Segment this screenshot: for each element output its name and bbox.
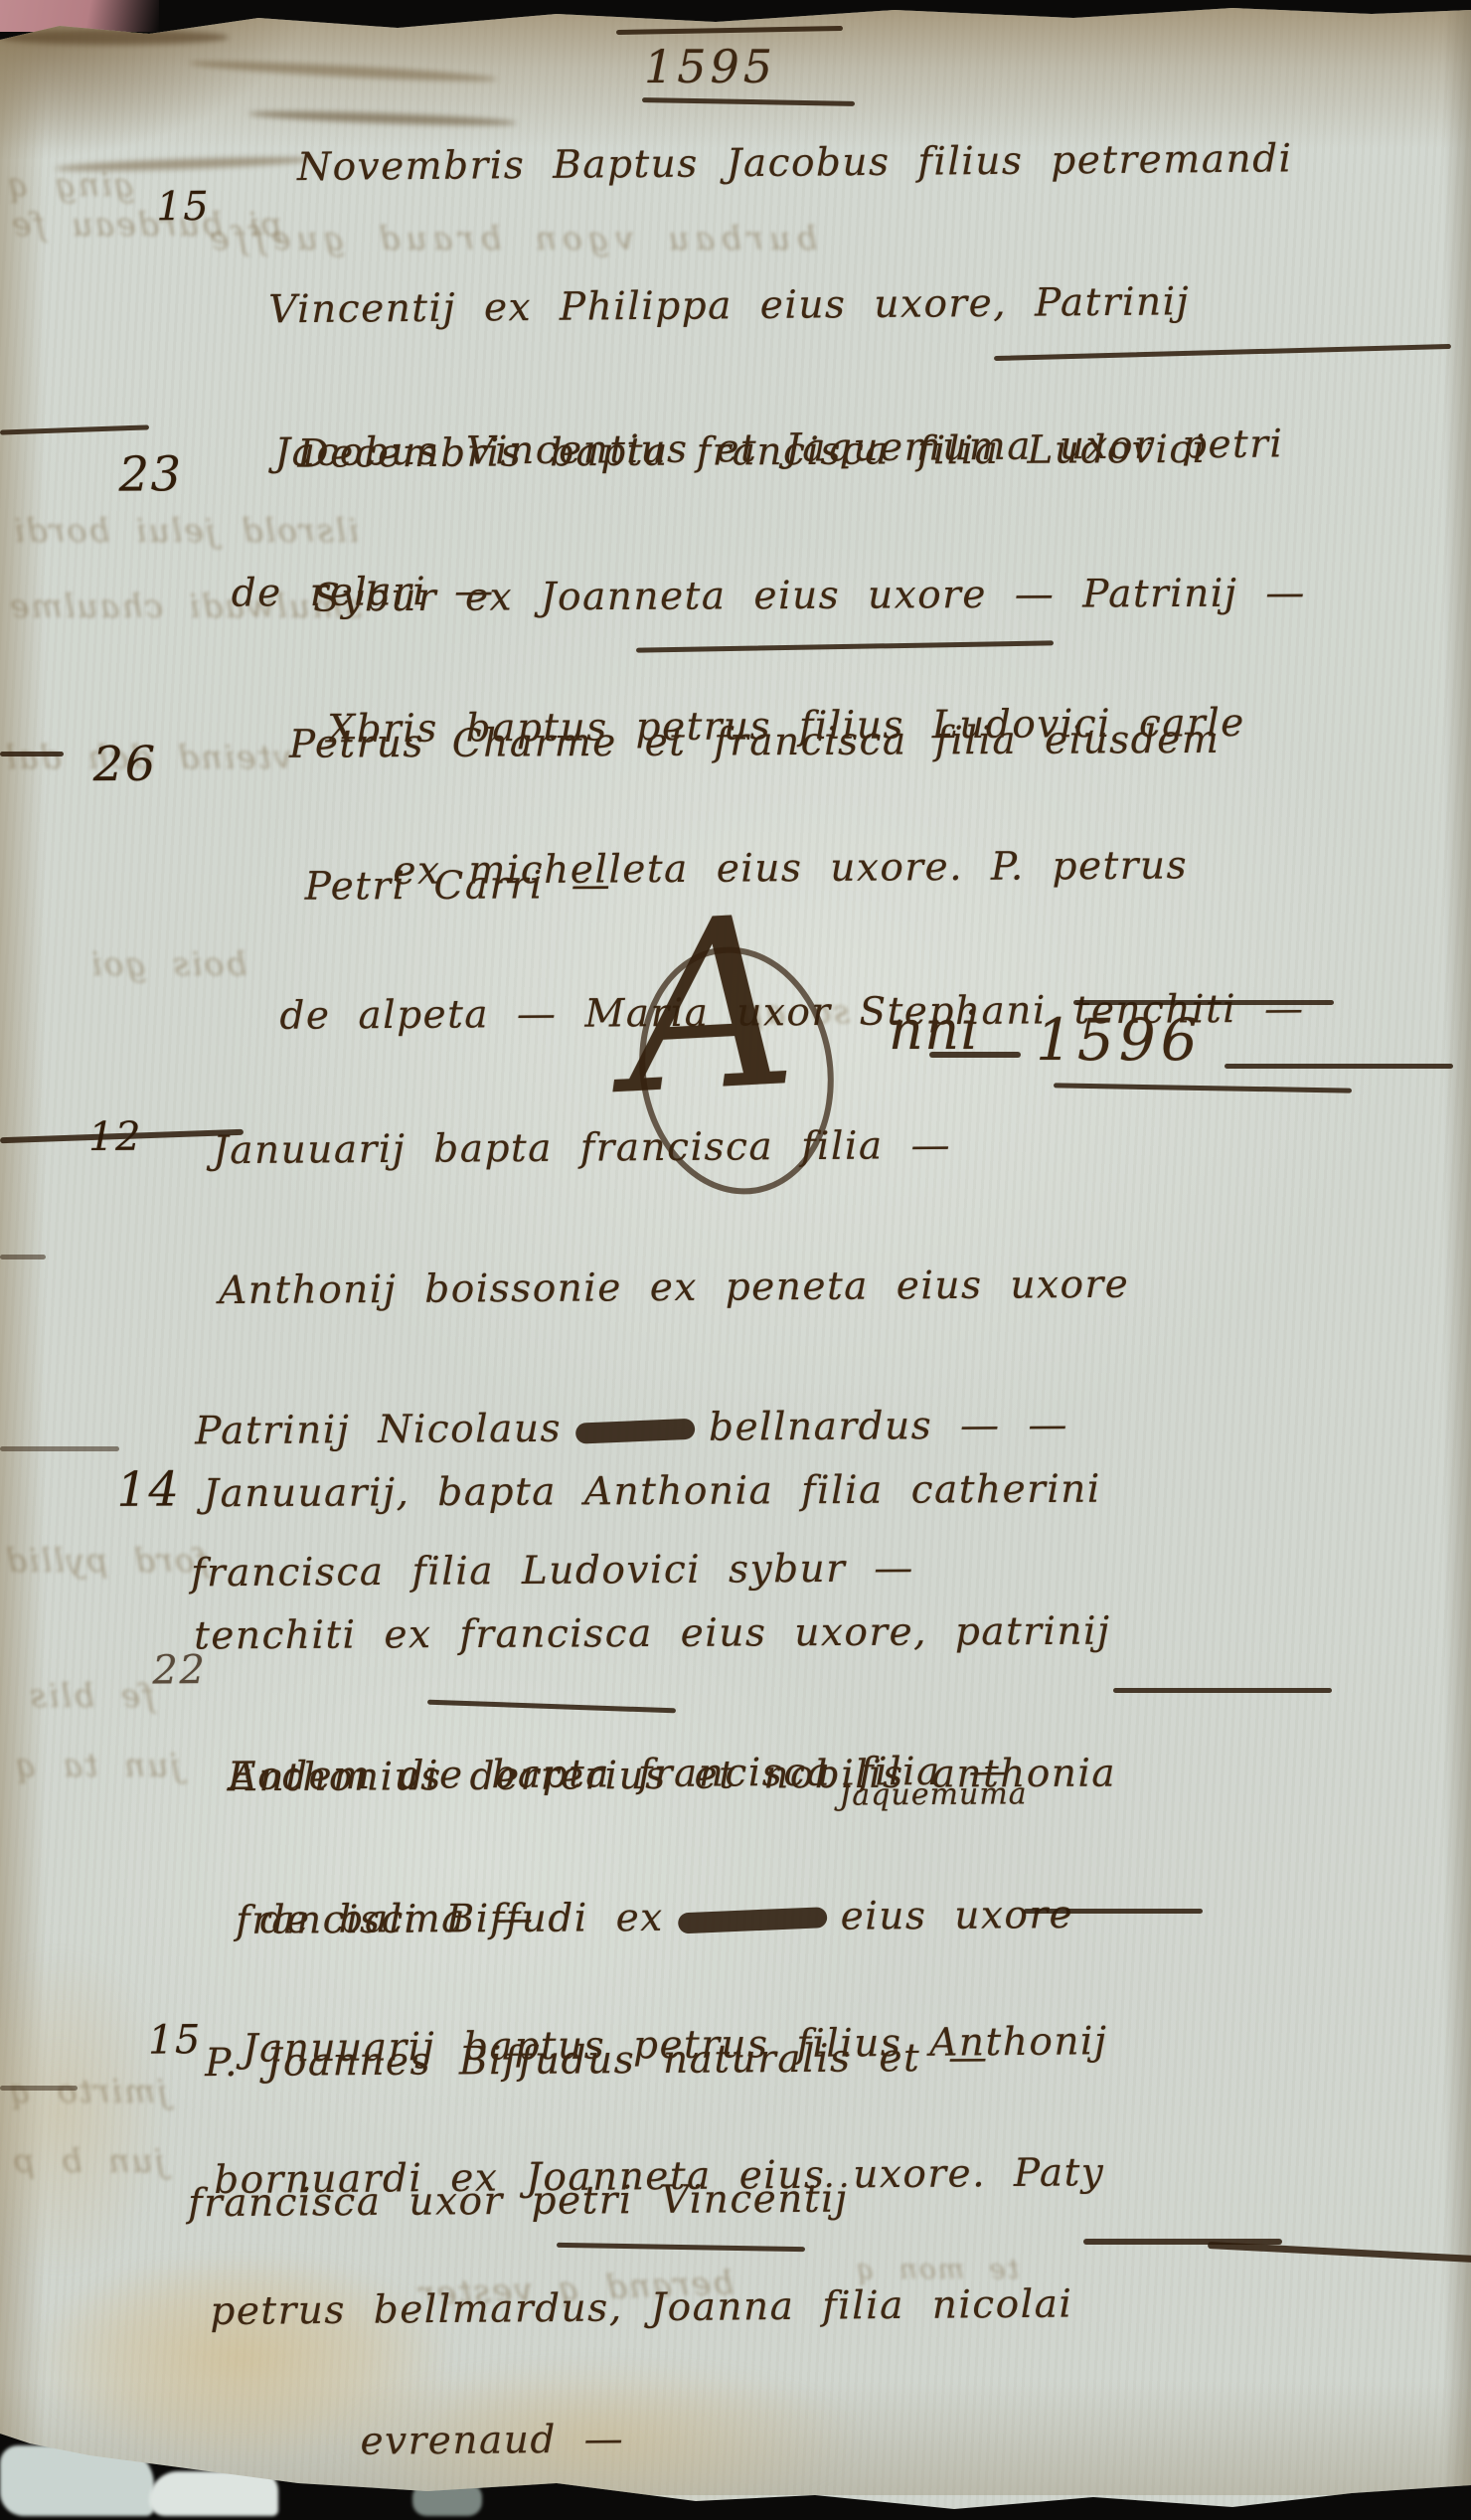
entry-line: petrus bellmardus, Joanna filia nicolai (210, 2281, 1110, 2355)
cloth-fragment (149, 2471, 278, 2516)
photograph: ging q pi burdeau fe burbau vgon braud g… (0, 0, 1471, 2516)
year-overline (1073, 1000, 1334, 1005)
register-entry: 26 Xbris baptus petrus filius Ludovici c… (327, 701, 1304, 920)
entry-day-number: 23 (118, 446, 182, 502)
margin-mark (0, 2086, 78, 2091)
entry-line: Decembris bapta francisca filia Ludovici (297, 426, 1305, 502)
entry-line: Januuarij, bapta Anthonia filia catherin… (203, 1467, 1115, 1543)
ink-dash (1024, 1909, 1203, 1914)
bleedthrough-text: jun ta q (14, 1746, 181, 1784)
year-underline (1054, 1083, 1352, 1092)
year-heading-1595: 1595 (644, 40, 776, 93)
entry-line: tenchiti ex francisca eius uxore, patrin… (194, 1609, 1116, 1685)
ink-blot-strikethrough (677, 1907, 827, 1933)
entry-day-number: 26 (92, 737, 156, 792)
entry-line: ex michelleta eius uxore. P. petrus (393, 843, 1304, 920)
entry-line: Xbris baptus petrus filius Ludovici carl… (327, 701, 1303, 778)
entry-line: Anthonij boissonie ex peneta eius uxore (219, 1262, 1130, 1339)
bleedthrough-text: ging q (6, 165, 135, 204)
register-entry: 23 Decembris bapta francisca filia Ludov… (297, 426, 1306, 714)
entry-line-text: francisci Biffudi ex (236, 1896, 664, 1943)
ink-blot-strikethrough (575, 1418, 696, 1443)
entry-day-number: 15 (156, 184, 210, 230)
right-edge-shading (1443, 0, 1471, 2516)
entry-line: Vincentij ex Philippa eius uxore, Patrin… (268, 278, 1294, 358)
bleedthrough-text: ford pyllid (4, 1541, 209, 1580)
ink-dash (1225, 1064, 1453, 1069)
entry-line-text: eius uxore (841, 1893, 1074, 1939)
year-heading-1596: 1596 (1036, 1006, 1203, 1074)
ink-dash (1113, 1688, 1332, 1693)
entry-line: Januuarij bapta francisca filia — (213, 1122, 1129, 1199)
margin-mark (0, 1255, 46, 1260)
entry-line: Novembris Baptus Jacobus filius petreman… (297, 136, 1293, 216)
entry-day-number: 15 (148, 2017, 202, 2063)
entry-line-text: bellnardus — — (709, 1403, 1068, 1450)
bleedthrough-text: fe blis (28, 1676, 154, 1715)
wrinkle-streak (0, 30, 229, 45)
manuscript-page: ging q pi burdeau fe burbau vgon braud g… (0, 0, 1471, 2516)
entry-day-number: 22 (152, 1647, 206, 1693)
register-entry: 15 Novembris Baptus Jacobus filius petre… (228, 136, 1295, 427)
entry-line: Januuarij baptus petrus filius Anthonij (243, 2019, 1108, 2093)
entry-line: Sybur ex Joanneta eius uxore — Patrinij … (313, 571, 1306, 646)
interlinear-insertion: Jaquemuma (839, 1776, 1028, 1812)
bleedthrough-text: jun b p (12, 2141, 165, 2180)
ink-dash (929, 1052, 1021, 1058)
margin-mark (0, 752, 64, 756)
margin-mark (0, 1446, 119, 1451)
underlying-leaf-edge (0, 0, 159, 32)
register-entry: 22 Eodem die bapta francisca filia — Jaq… (223, 1749, 1074, 2037)
bleedthrough-text: jmirto q (8, 2072, 168, 2110)
register-entry: 12 Januuarij bapta francisca filia — Ant… (203, 1122, 1130, 1411)
entry-day-number: 14 (116, 1462, 180, 1518)
stain (0, 1948, 169, 2276)
entry-line: francisci Biffudi exeius uxore (236, 1893, 1073, 1969)
entry-line: bornuardi ex Joanneta eius uxore. Paty (214, 2150, 1109, 2224)
ink-dash (1208, 2242, 1471, 2263)
entry-line-text: Patrinij Nicolaus (195, 1407, 562, 1454)
entry-line: evrenaud — (360, 2413, 1111, 2485)
bleedthrough-text: bois goi (89, 944, 247, 983)
